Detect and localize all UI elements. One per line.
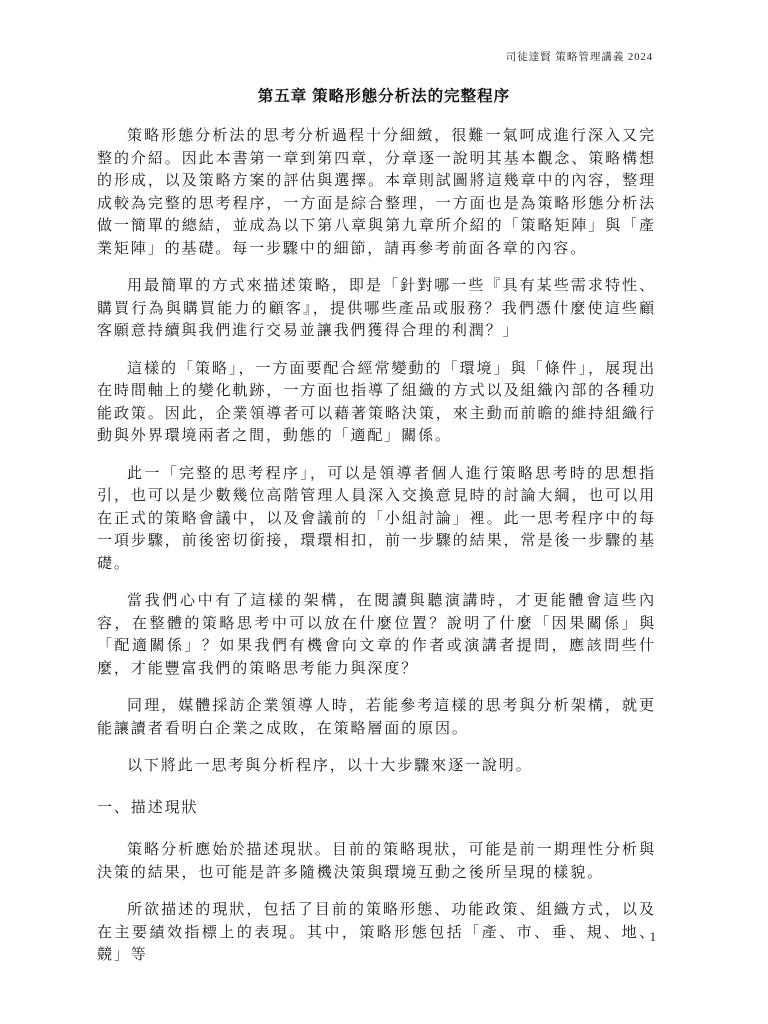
document-page: 司徒達賢 策略管理講義 2024 第五章 策略形態分析法的完整程序 策略形態分析… xyxy=(0,0,768,1024)
chapter-title: 第五章 策略形態分析法的完整程序 xyxy=(0,84,768,106)
paragraph: 當我們心中有了這樣的架構，在閱讀與聽演講時，才更能體會這些內容，在整體的策略思考… xyxy=(97,590,656,680)
page-number: 1 xyxy=(650,930,656,945)
paragraph: 用最簡單的方式來描述策略，即是「針對哪一些『具有某些需求特性、購買行為與購買能力… xyxy=(97,275,656,343)
paragraph: 這樣的「策略」，一方面要配合經常變動的「環境」與「條件」，展現出在時間軸上的變化… xyxy=(97,358,656,448)
document-body: 策略形態分析法的思考分析過程十分細緻，很難一氣呵成進行深入又完整的介紹。因此本書… xyxy=(97,125,656,982)
paragraph: 所欲描述的現狀，包括了目前的策略形態、功能政策、組織方式，以及在主要績效指標上的… xyxy=(97,899,656,967)
paragraph: 此一「完整的思考程序」，可以是領導者個人進行策略思考時的思想指引，也可以是少數幾… xyxy=(97,463,656,576)
section-heading: 一、描述現狀 xyxy=(97,797,656,820)
running-header: 司徒達賢 策略管理講義 2024 xyxy=(506,49,653,64)
paragraph: 同理，媒體採訪企業領導人時，若能參考這樣的思考與分析架構，就更能讓讀者看明白企業… xyxy=(97,695,656,740)
paragraph: 策略形態分析法的思考分析過程十分細緻，很難一氣呵成進行深入又完整的介紹。因此本書… xyxy=(97,125,656,260)
paragraph: 以下將此一思考與分析程序，以十大步驟來逐一說明。 xyxy=(97,755,656,778)
paragraph: 策略分析應始於描述現狀。目前的策略現狀，可能是前一期理性分析與決策的結果，也可能… xyxy=(97,839,656,884)
